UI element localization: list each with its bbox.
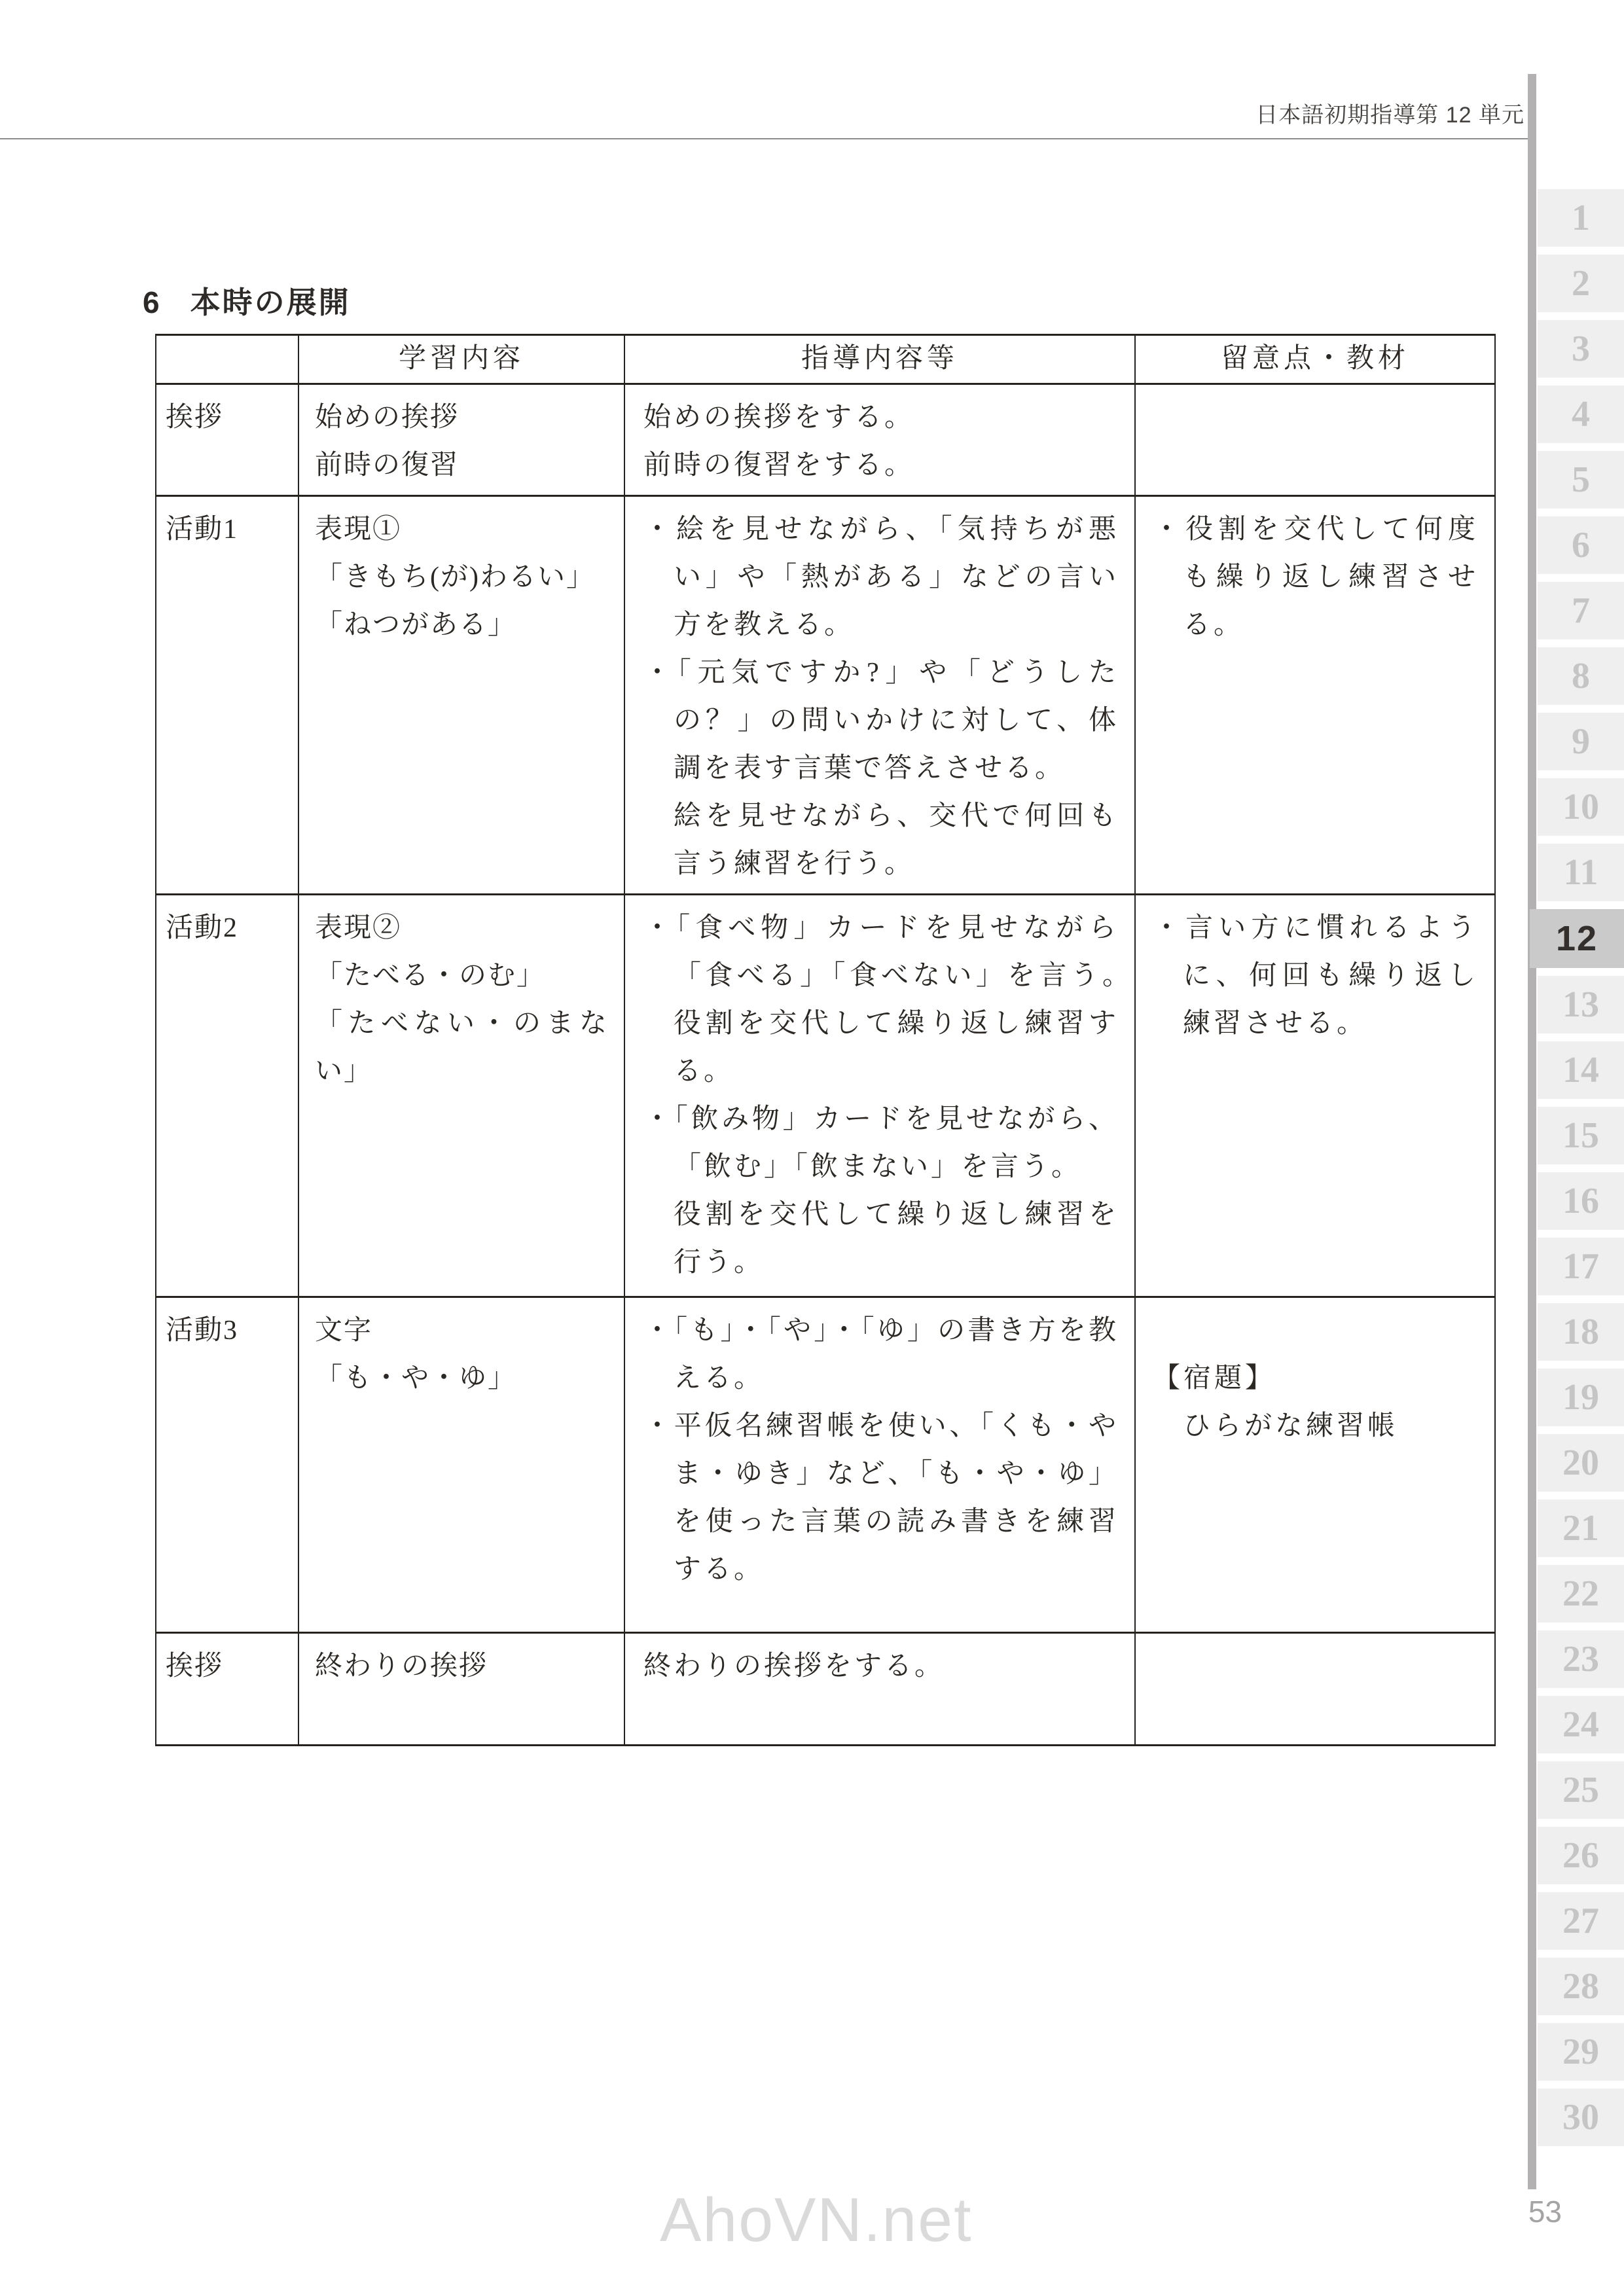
paragraph: 始めの挨拶	[315, 394, 608, 442]
sidebar-tab-29: 29	[1538, 2023, 1624, 2081]
sidebar-tab-3: 3	[1538, 320, 1624, 378]
paragraph: ・絵を見せながら、「気持ちが悪い」や「熱がある」などの言い方を教える。	[643, 506, 1119, 649]
sidebar-tab-11: 11	[1538, 844, 1624, 901]
col-header-learning: 学習内容	[298, 335, 624, 384]
sidebar-tab-20: 20	[1538, 1434, 1624, 1492]
table-header-row: 学習内容 指導内容等 留意点・教材	[156, 335, 1495, 384]
row-stage-label: 挨拶	[156, 1633, 298, 1746]
cell-learning-content: 文字「も・や・ゆ」	[298, 1297, 624, 1633]
paragraph: 終わりの挨拶	[315, 1643, 608, 1691]
sidebar-tab-28: 28	[1538, 1958, 1624, 2015]
sidebar-tab-21: 21	[1538, 1499, 1624, 1557]
paragraph: ・「元気ですか?」や「どうしたの？」の問いかけに対して、体調を表す言葉で答えさせ…	[643, 649, 1119, 793]
sidebar-tab-17: 17	[1538, 1238, 1624, 1295]
sidebar-tab-12-active: 12	[1530, 909, 1624, 968]
row-stage-label: 活動2	[156, 895, 298, 1297]
row-stage-label: 活動3	[156, 1297, 298, 1633]
col-header-notes: 留意点・教材	[1135, 335, 1495, 384]
cell-learning-content: 表現①「きもち(が)わるい」「ねつがある」	[298, 496, 624, 895]
cell-instruction-content: 始めの挨拶をする。前時の復習をする。	[624, 384, 1135, 496]
cell-instruction-content: ・「も」・「や」・「ゆ」の書き方を教える。・平仮名練習帳を使い、「くも・やま・ゆ…	[624, 1297, 1135, 1633]
sidebar-tab-27: 27	[1538, 1892, 1624, 1950]
paragraph: ・「も」・「や」・「ゆ」の書き方を教える。	[643, 1307, 1119, 1403]
cell-instruction-content: 終わりの挨拶をする。	[624, 1633, 1135, 1746]
section-title-text: 本時の展開	[190, 285, 351, 319]
cell-learning-content: 表現②「たべる・のむ」「たべない・のまない」	[298, 895, 624, 1297]
sidebar-tab-19: 19	[1538, 1369, 1624, 1426]
paragraph: ・「食べ物」カードを見せながら「食べる」「食べない」を言う。 役割を交代して繰り…	[643, 905, 1119, 1096]
sidebar-tab-24: 24	[1538, 1696, 1624, 1753]
paragraph: 「ねつがある」	[315, 601, 608, 649]
section-title: 6本時の展開	[143, 279, 351, 322]
cell-notes-materials	[1135, 384, 1495, 496]
paragraph: ・役割を交代して何度も繰り返し練習させる。	[1153, 506, 1479, 649]
sidebar-vertical-bar	[1528, 74, 1536, 2189]
sidebar-tab-4: 4	[1538, 386, 1624, 443]
page-number: 53	[1528, 2194, 1562, 2229]
sidebar-tab-16: 16	[1538, 1172, 1624, 1230]
sidebar-tab-18: 18	[1538, 1303, 1624, 1361]
paragraph: 「たべない・のまない」	[315, 1000, 608, 1096]
row-stage-label: 挨拶	[156, 384, 298, 496]
cell-notes-materials: 【宿題】ひらがな練習帳	[1135, 1297, 1495, 1633]
cell-notes-materials: ・役割を交代して何度も繰り返し練習させる。	[1135, 496, 1495, 895]
sidebar-tab-5: 5	[1538, 451, 1624, 509]
page-header: 日本語初期指導第 12 単元	[1255, 97, 1525, 129]
paragraph: 「きもち(が)わるい」	[315, 554, 608, 601]
sidebar-tab-1: 1	[1538, 189, 1624, 247]
sidebar-tab-8: 8	[1538, 647, 1624, 705]
paragraph: 役割を交代して繰り返し練習を行う。	[643, 1191, 1119, 1287]
sidebar-tab-6: 6	[1538, 516, 1624, 574]
cell-learning-content: 終わりの挨拶	[298, 1633, 624, 1746]
cell-notes-materials	[1135, 1633, 1495, 1746]
paragraph: 始めの挨拶をする。	[643, 394, 1119, 442]
cell-learning-content: 始めの挨拶前時の復習	[298, 384, 624, 496]
table-row-3: 活動2表現②「たべる・のむ」「たべない・のまない」・「食べ物」カードを見せながら…	[156, 895, 1495, 1297]
table-row-2: 活動1表現①「きもち(が)わるい」「ねつがある」・絵を見せながら、「気持ちが悪い…	[156, 496, 1495, 895]
sidebar-tab-2: 2	[1538, 255, 1624, 312]
watermark: AhoVN.net	[660, 2185, 972, 2256]
unit-tab-index: 1234567891011121314151617181920212223242…	[1538, 189, 1624, 2146]
sidebar-tab-26: 26	[1538, 1827, 1624, 1884]
section-number: 6	[143, 285, 162, 319]
sidebar-tab-13: 13	[1538, 976, 1624, 1033]
paragraph	[1153, 1307, 1479, 1355]
col-header-stage	[156, 335, 298, 384]
header-rule	[0, 138, 1536, 139]
paragraph: 前時の復習をする。	[643, 442, 1119, 490]
paragraph: ・「飲み物」カードを見せながら、「飲む」「飲まない」を言う。	[643, 1096, 1119, 1191]
paragraph: 「も・や・ゆ」	[315, 1355, 608, 1403]
sidebar-tab-10: 10	[1538, 778, 1624, 836]
paragraph: 「たべる・のむ」	[315, 952, 608, 1000]
page-header-text: 日本語初期指導第 12 単元	[1255, 103, 1525, 128]
sidebar-tab-30: 30	[1538, 2089, 1624, 2146]
row-stage-label: 活動1	[156, 496, 298, 895]
paragraph: 文字	[315, 1307, 608, 1355]
document-page: 日本語初期指導第 12 単元 6本時の展開 学習内容 指導内容等 留意点・教材 …	[0, 0, 1624, 2296]
cell-instruction-content: ・「食べ物」カードを見せながら「食べる」「食べない」を言う。 役割を交代して繰り…	[624, 895, 1135, 1297]
paragraph: 【宿題】	[1153, 1355, 1479, 1403]
paragraph: 終わりの挨拶をする。	[643, 1643, 1119, 1691]
col-header-instruction: 指導内容等	[624, 335, 1135, 384]
lesson-plan-table: 学習内容 指導内容等 留意点・教材 挨拶始めの挨拶前時の復習始めの挨拶をする。前…	[155, 334, 1496, 1746]
table-body: 挨拶始めの挨拶前時の復習始めの挨拶をする。前時の復習をする。活動1表現①「きもち…	[156, 384, 1495, 1746]
paragraph: 表現①	[315, 506, 608, 554]
sidebar-tab-9: 9	[1538, 713, 1624, 770]
sidebar-tab-25: 25	[1538, 1761, 1624, 1819]
paragraph: 前時の復習	[315, 442, 608, 490]
sidebar-tab-15: 15	[1538, 1107, 1624, 1164]
paragraph: ひらがな練習帳	[1153, 1403, 1479, 1450]
paragraph: 表現②	[315, 905, 608, 952]
sidebar-tab-7: 7	[1538, 582, 1624, 639]
cell-instruction-content: ・絵を見せながら、「気持ちが悪い」や「熱がある」などの言い方を教える。・「元気で…	[624, 496, 1135, 895]
cell-notes-materials: ・言い方に慣れるように、何回も繰り返し練習させる。	[1135, 895, 1495, 1297]
paragraph: 絵を見せながら、交代で何回も言う練習を行う。	[643, 793, 1119, 888]
sidebar-tab-22: 22	[1538, 1565, 1624, 1623]
paragraph: ・平仮名練習帳を使い、「くも・やま・ゆき」など、「も・や・ゆ」を使った言葉の読み…	[643, 1403, 1119, 1594]
sidebar-tab-14: 14	[1538, 1041, 1624, 1099]
sidebar-tab-23: 23	[1538, 1630, 1624, 1688]
table-row-5: 挨拶終わりの挨拶終わりの挨拶をする。	[156, 1633, 1495, 1746]
table-row-4: 活動3文字「も・や・ゆ」・「も」・「や」・「ゆ」の書き方を教える。・平仮名練習帳…	[156, 1297, 1495, 1633]
table-row-1: 挨拶始めの挨拶前時の復習始めの挨拶をする。前時の復習をする。	[156, 384, 1495, 496]
paragraph: ・言い方に慣れるように、何回も繰り返し練習させる。	[1153, 905, 1479, 1048]
